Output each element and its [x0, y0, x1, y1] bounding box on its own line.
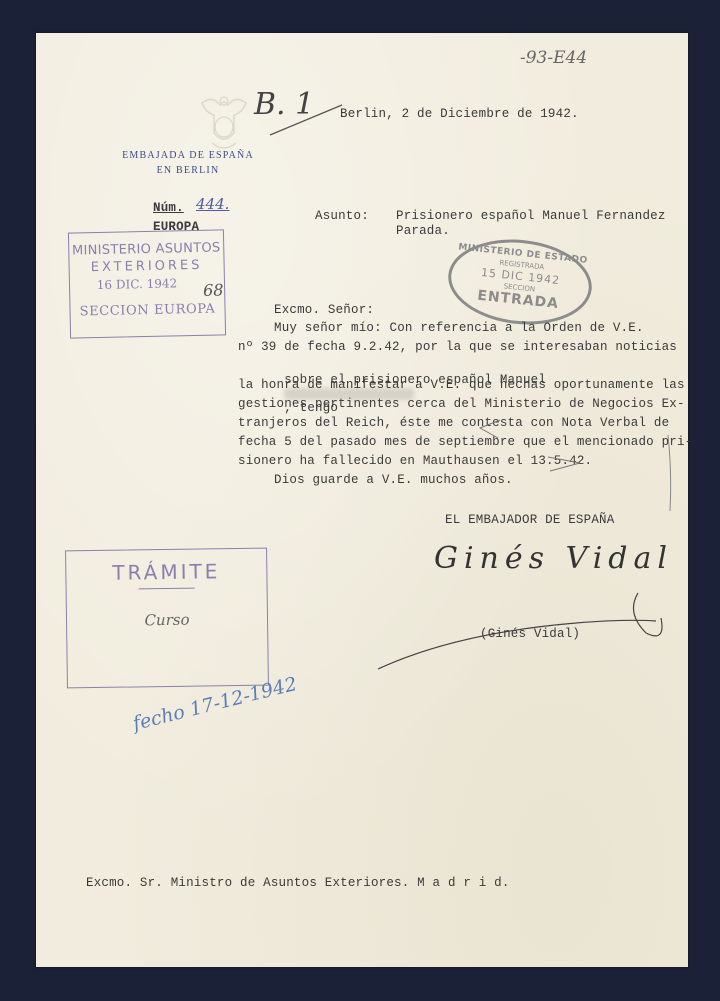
handwritten-underline: [268, 101, 348, 141]
body-line-7: fecha 5 del pasado mes de septiembre que…: [238, 435, 692, 449]
tramite-handwritten: Curso: [67, 610, 267, 631]
addressee: Excmo. Sr. Ministro de Asuntos Exteriore…: [86, 876, 510, 890]
coat-of-arms-emblem: [160, 75, 212, 137]
stamp-line2: EXTERIORES: [69, 257, 223, 275]
body-line-5: gestiones pertinentes cerca del Minister…: [238, 397, 685, 411]
tramite-underline: [139, 588, 195, 590]
closing: Dios guarde a V.E. muchos años.: [274, 473, 513, 487]
pencil-bracket-right: [546, 453, 586, 473]
letter-page: -93-E44 EMBAJADA DE ESPAÑA EN BERLIN B. …: [36, 33, 688, 967]
letter-body: Muy señor mío: Con referencia a la Orden…: [36, 321, 688, 501]
subject-line1: Prisionero español Manuel Fernandez: [396, 209, 666, 223]
stamp-handwritten-number: 68: [203, 280, 224, 299]
salutation: Excmo. Señor:: [274, 303, 374, 317]
signer-name: (Ginés Vidal): [480, 627, 580, 641]
number-label: Núm.: [153, 201, 184, 215]
stamp-date: 16 DIC. 1942: [50, 275, 224, 293]
letterhead-line1: EMBAJADA DE ESPAÑA: [108, 150, 268, 161]
body-line-4: la honra de manifestar a V.E. que hechas…: [238, 378, 685, 392]
registry-stamp: MINISTERIO DE ESTADO REGISTRADA 15 DIC 1…: [444, 233, 596, 332]
letterhead-line2: EN BERLIN: [108, 165, 268, 176]
signer-title: EL EMBAJADOR DE ESPAÑA: [445, 513, 614, 527]
stamp-line4: SECCION EUROPA: [70, 301, 224, 319]
number-value: 444.: [196, 195, 229, 213]
tramite-title: TRÁMITE: [66, 559, 266, 586]
pencil-bracket-left: [476, 418, 506, 442]
signature: Ginés Vidal: [434, 541, 673, 576]
place-date: Berlin, 2 de Diciembre de 1942.: [340, 107, 579, 121]
body-line-6: tranjeros del Reich, éste me contesta co…: [238, 416, 669, 430]
subject-line2: Parada.: [396, 224, 450, 238]
body-line-2: nº 39 de fecha 9.2.42, por la que se int…: [238, 340, 677, 354]
body-line-8: sionero ha fallecido en Mauthausen el 13…: [238, 454, 592, 468]
subject-label: Asunto:: [315, 209, 369, 223]
stamp-line1: MINISTERIO ASUNTOS: [69, 240, 223, 258]
pencil-margin-line: [666, 433, 676, 513]
body-line-1: Muy señor mío: Con referencia a la Orden…: [274, 321, 644, 335]
reference-mark: -93-E44: [520, 48, 587, 68]
tramite-stamp: TRÁMITE Curso: [65, 548, 269, 689]
